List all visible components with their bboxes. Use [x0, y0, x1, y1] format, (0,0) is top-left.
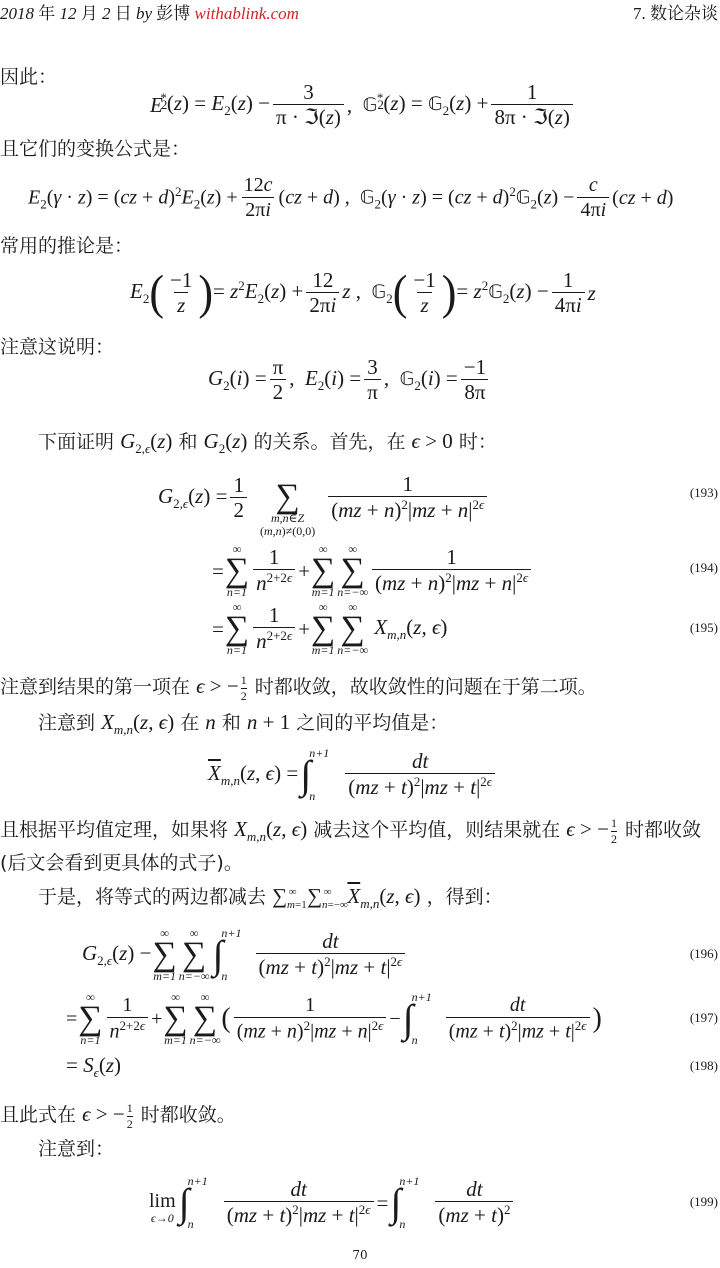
header-year: 2018	[0, 4, 34, 23]
equation-corollary: E2( −1z ) = z2E2(z) + 122πi z , 𝔾2( −1z …	[130, 262, 596, 324]
equation-195: = ∞∑n=1 1n2+2ϵ + ∞∑m=1 ∞∑n=−∞ Xm,n(z, ϵ)	[212, 596, 447, 662]
paragraph-note-values: 注意这说明：	[0, 332, 114, 359]
paragraph-note-limit: 注意到：	[38, 1134, 114, 1161]
paragraph-transform-intro: 且它们的变换公式是：	[0, 134, 190, 161]
text: 注意到	[38, 712, 95, 734]
equation-196: G2,ϵ(z) − ∞∑m=1 ∞∑n=−∞ ∫n+1n dt(mz + t)2…	[82, 922, 408, 988]
equation-194: = ∞∑n=1 1n2+2ϵ + ∞∑m=1 ∞∑n=−∞ 1(mz + n)2…	[212, 538, 534, 604]
text: 下面证明	[38, 431, 114, 453]
header-by: by	[136, 4, 152, 23]
equation-number-198: (198)	[690, 1058, 718, 1074]
paragraph-proof-intro: 下面证明 G2,ϵ(z) 和 G2(z) 的关系。首先，在 ϵ > 0 时：	[38, 427, 497, 457]
site-link[interactable]: withablink.com	[195, 4, 299, 23]
equation-199: limϵ→0 ∫n+1n dt(mz + t)2|mz + t|2ϵ = ∫n+…	[148, 1170, 516, 1236]
equation-number-196: (196)	[690, 946, 718, 962]
text: 在	[180, 712, 199, 734]
text: 和	[178, 431, 197, 453]
equation-197: = ∞∑n=1 1n2+2ϵ + ∞∑m=1 ∞∑n=−∞ ( 1(mz + n…	[66, 986, 602, 1052]
header-month: 12	[60, 4, 77, 23]
equation-number-199: (199)	[690, 1194, 718, 1210]
header-month-char: 月	[81, 4, 98, 23]
paragraph-first-term: 注意到结果的第一项在 ϵ > −12 时都收敛，故收敛性的问题在于第二项。	[0, 672, 597, 704]
paragraph-therefore: 因此：	[0, 62, 57, 89]
header-day-char: 日	[115, 4, 132, 23]
equation-198: = Sϵ(z)	[66, 1052, 121, 1082]
text: 之间的平均值是：	[296, 712, 448, 734]
equation-number-194: (194)	[690, 560, 718, 576]
equation-e2-star: E2*(z) = E2(z) − 3π · ℑ(z) , 𝔾2*(z) = 𝔾2…	[150, 80, 576, 130]
text: 时都收敛，故收敛性的问题在于第二项。	[255, 676, 597, 698]
running-header-left: 2018 年 12 月 2 日 by 彭博 withablink.com	[0, 0, 299, 24]
text: 时都收敛	[625, 819, 701, 841]
text: 且根据平均值定理，如果将	[0, 819, 228, 841]
text: 减去这个平均值，则结果就在	[313, 819, 560, 841]
equation-number-197: (197)	[690, 1010, 718, 1026]
header-year-char: 年	[38, 4, 55, 23]
text: 时：	[459, 431, 497, 453]
text: 注意到结果的第一项在	[0, 676, 190, 698]
running-header-section: 7. 数论杂谈	[633, 0, 718, 24]
equation-number-193: (193)	[690, 485, 718, 501]
header-author: 彭博	[156, 4, 190, 23]
text: ，得到：	[427, 886, 503, 908]
text: 时都收敛。	[141, 1104, 236, 1126]
equation-transform: E2(γ · z) = (cz + d)2E2(z) + 12c2πi (cz …	[28, 172, 673, 224]
equation-number-195: (195)	[690, 620, 718, 636]
paragraph-corollary-intro: 常用的推论是：	[0, 231, 133, 258]
equation-193: G2,ϵ(z) = 12 ∑m,n∈Z(m,n)≠(0,0) 1(mz + n)…	[158, 462, 490, 534]
equation-special-values: G2(i) = π2 , E2(i) = 3π , 𝔾2(i) = −18π	[208, 354, 492, 406]
text: 的关系。首先，在	[253, 431, 405, 453]
paragraph-mean-value: 且根据平均值定理，如果将 Xm,n(z, ϵ) 减去这个平均值，则结果就在 ϵ …	[0, 815, 701, 847]
text: 和	[222, 712, 241, 734]
header-day: 2	[102, 4, 111, 23]
page-number: 70	[0, 1248, 720, 1262]
paragraph-average-intro: 注意到 Xm,n(z, ϵ) 在 n 和 n + 1 之间的平均值是：	[38, 708, 448, 738]
text: 且此式在	[0, 1104, 76, 1126]
paragraph-converges: 且此式在 ϵ > −12 时都收敛。	[0, 1100, 236, 1132]
equation-xbar: Xm,n(z, ϵ) = ∫n+1n dt(mz + t)2|mz + t|2ϵ	[208, 742, 498, 808]
paragraph-subtract: 于是，将等式的两边都减去 ∑m=1∞ ∑n=−∞∞ Xm,n(z, ϵ) ，得到…	[38, 882, 503, 912]
paragraph-mean-value-line2: (后文会看到更具体的式子)。	[0, 848, 243, 875]
text: 于是，将等式的两边都减去	[38, 886, 266, 908]
